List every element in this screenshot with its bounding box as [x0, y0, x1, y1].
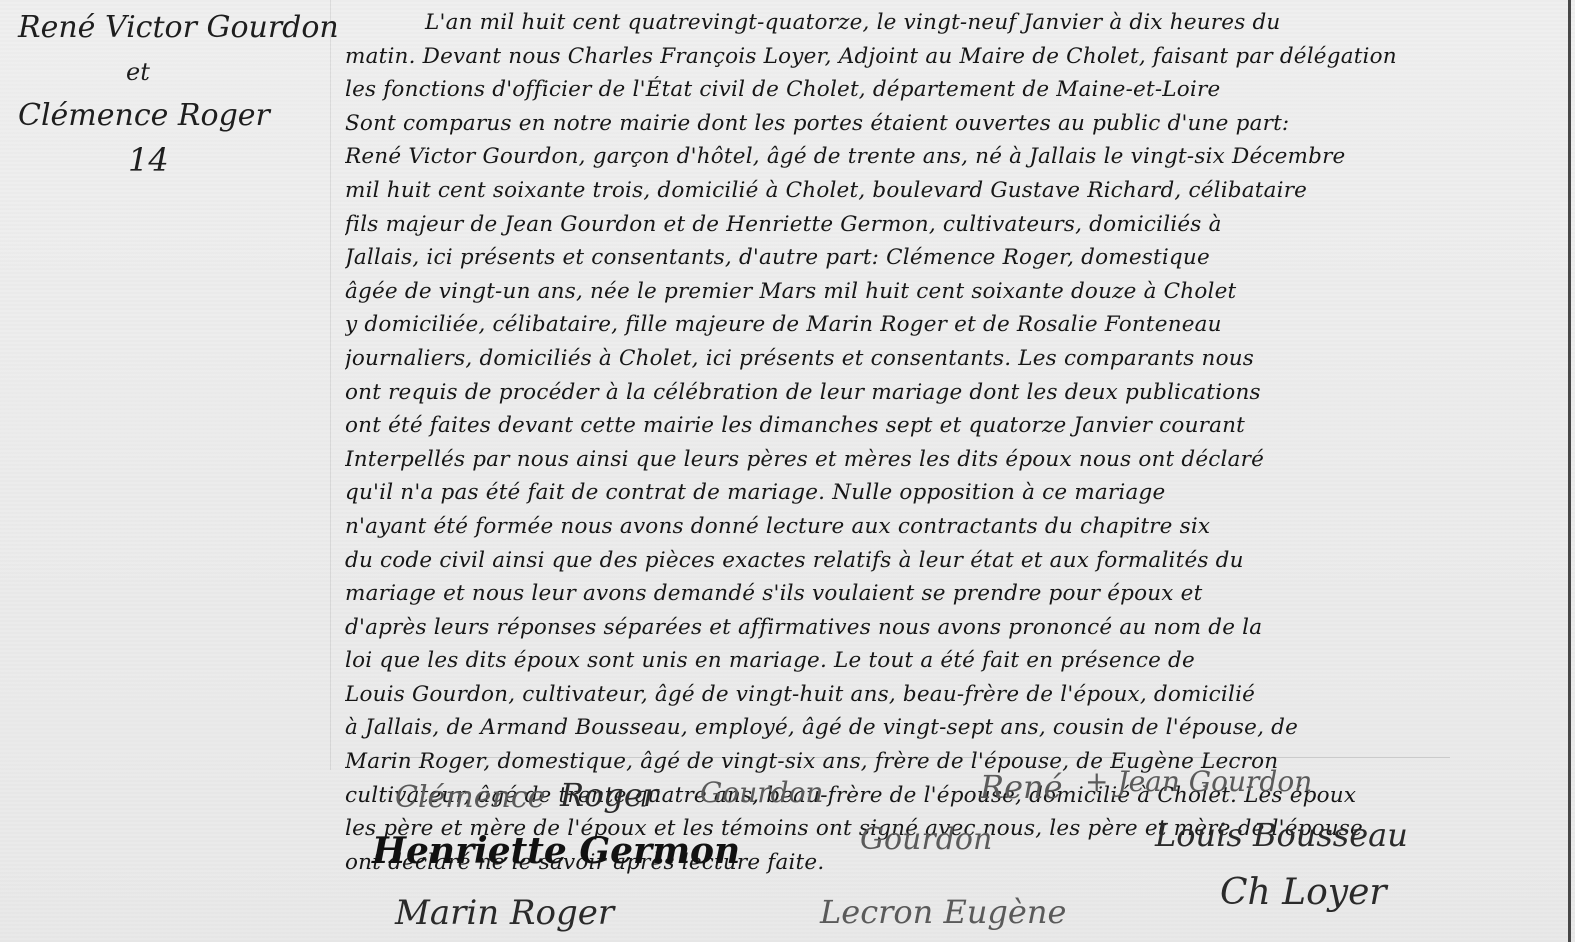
signature-lecron-eugene: Lecron Eugène: [820, 893, 1066, 931]
signature-officer-loyer: Ch Loyer: [1220, 872, 1387, 913]
signature-rene: René: [980, 768, 1063, 806]
signature-gourdon-groom: Gourdon: [860, 822, 992, 857]
register-page: René Victor Gourdon et Clémence Roger 14…: [0, 0, 1575, 942]
signature-louis-bousseau: Louis Bousseau: [1155, 816, 1408, 854]
signature-marin-roger: Marin Roger: [395, 893, 614, 933]
signatures: Clémence Roger Gourdon René + Jean Gourd…: [0, 0, 1575, 942]
signature-jean-gourdon: + Jean Gourdon: [1085, 765, 1312, 798]
signature-gourdon-father: Gourdon: [700, 776, 823, 809]
signature-clemence: Clémence: [395, 780, 545, 815]
signature-henriette-germon: Henriette Germon: [372, 830, 740, 872]
signature-roger-bride: Roger: [560, 776, 658, 814]
